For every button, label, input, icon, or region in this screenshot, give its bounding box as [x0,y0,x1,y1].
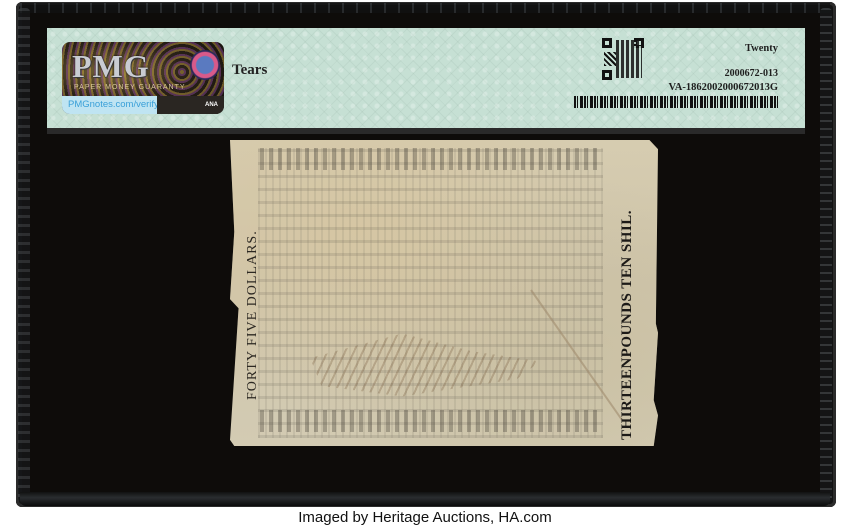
slab-top-edge [20,3,830,13]
qr-code-icon [602,38,644,80]
serial-code: VA-1862002000672013G [669,82,778,93]
cert-number: 2000672-013 [725,68,778,79]
slab-right-edge [820,8,832,502]
pmg-logo-subtitle: PAPER MONEY GUARANTY [74,84,186,91]
label-divider [47,128,805,134]
bleed-through-text [258,148,603,438]
image-credit: Imaged by Heritage Auctions, HA.com [0,507,850,529]
ornamental-border-bottom [260,410,600,432]
pmg-logo: PMG [72,48,150,85]
denomination-right: THIRTEENPOUNDS TEN SHIL. [619,210,636,440]
grade-text: Twenty [745,43,778,54]
ana-badge: ANA [157,96,224,114]
qr-modules [616,40,642,78]
slab-left-edge [18,8,30,502]
ornamental-border-top [260,148,600,170]
verify-url: PMGnotes.com/verify [62,96,157,114]
barcode-icon [574,96,780,108]
seal-icon [190,50,220,80]
pmg-hologram: PMG PAPER MONEY GUARANTY PMGnotes.com/ve… [62,42,224,114]
slab-bottom-edge [20,492,830,506]
denomination-left: FORTY FIVE DOLLARS. [245,230,261,400]
qr-modules [604,52,616,66]
banknote [230,140,658,446]
grade-comment: Tears [232,62,267,79]
qr-finder-icon [602,38,612,48]
qr-finder-icon [602,70,612,80]
